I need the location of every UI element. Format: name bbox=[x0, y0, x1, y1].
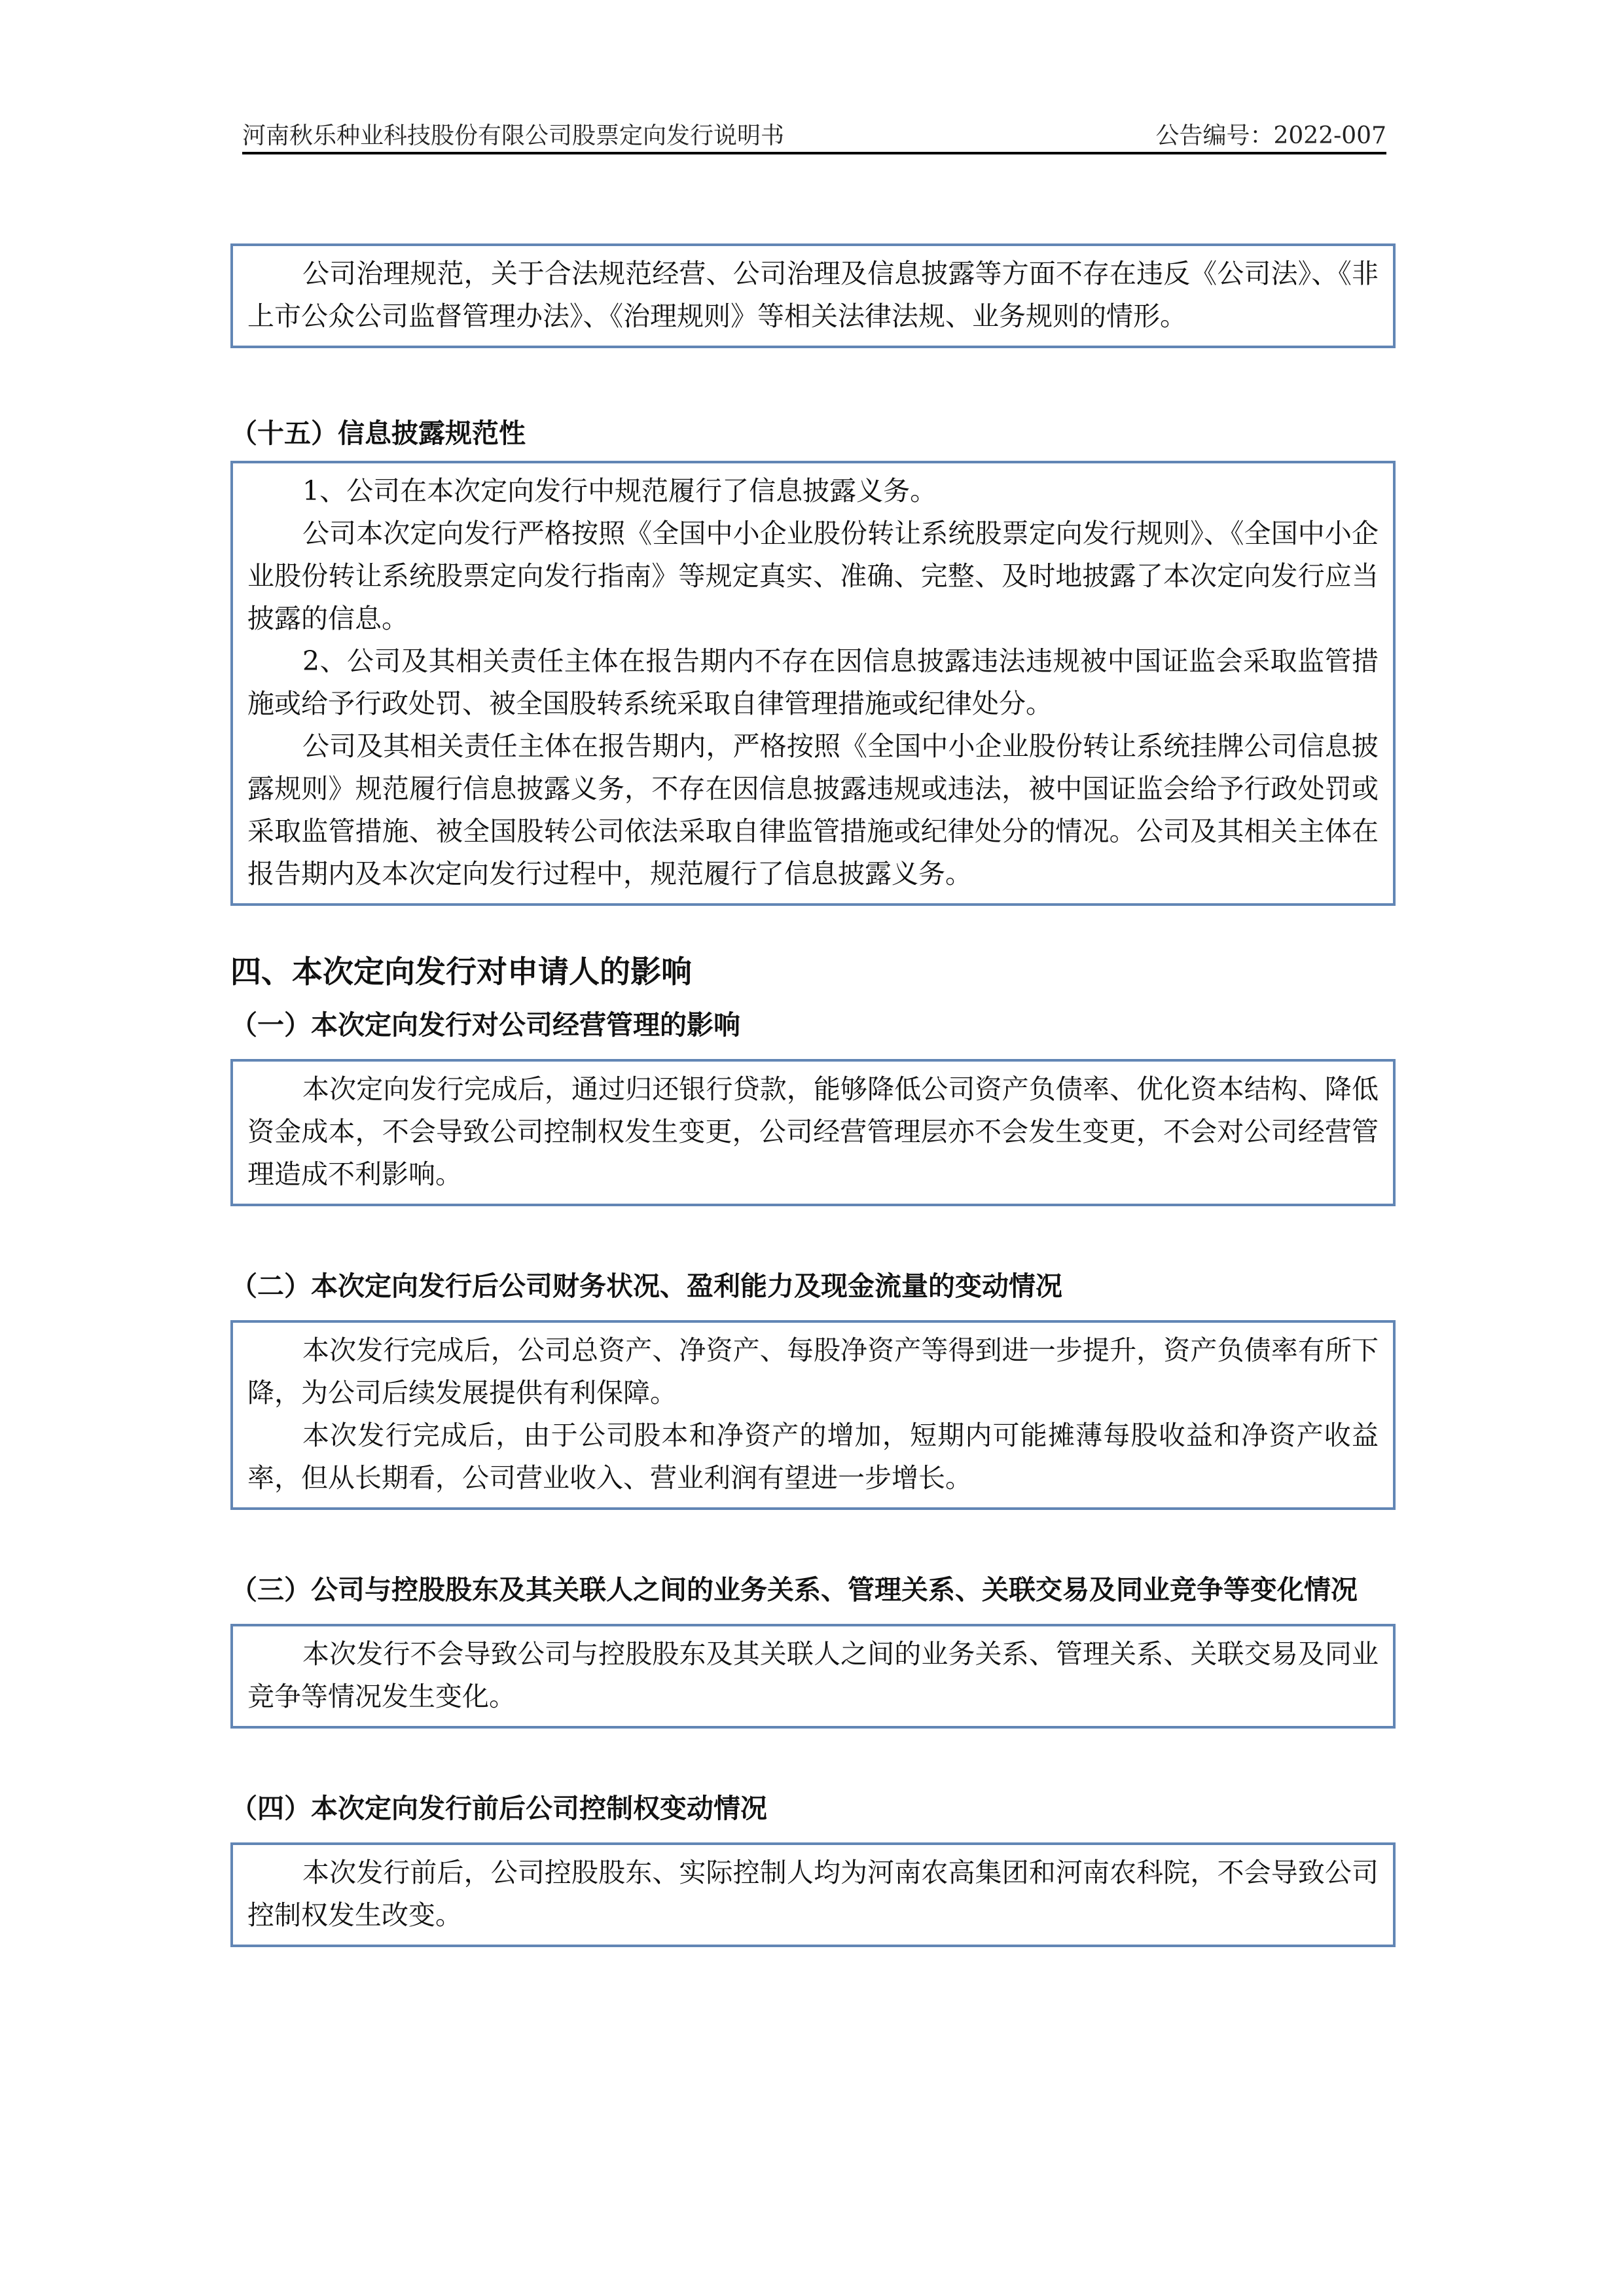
paragraph: 公司本次定向发行严格按照《全国中小企业股份转让系统股票定向发行规则》、《全国中小… bbox=[247, 512, 1379, 640]
section-heading-control: （四）本次定向发行前后公司控制权变动情况 bbox=[230, 1789, 1396, 1828]
paragraph: 公司治理规范，关于合法规范经营、公司治理及信息披露等方面不存在违反《公司法》、《… bbox=[247, 253, 1379, 338]
chapter-heading-impact: 四、本次定向发行对申请人的影响 bbox=[230, 952, 1396, 994]
announcement-number: 公告编号：2022-007 bbox=[1156, 117, 1387, 151]
header-divider bbox=[242, 152, 1386, 154]
paragraph: 1、公司在本次定向发行中规范履行了信息披露义务。 bbox=[247, 470, 1379, 512]
paragraph: 本次发行不会导致公司与控股股东及其关联人之间的业务关系、管理关系、关联交易及同业… bbox=[247, 1633, 1379, 1718]
page-header: 河南秋乐种业科技股份有限公司股票定向发行说明书 公告编号：2022-007 bbox=[242, 111, 1386, 151]
document-title: 河南秋乐种业科技股份有限公司股票定向发行说明书 bbox=[242, 117, 784, 151]
financial-impact-box: 本次发行完成后，公司总资产、净资产、每股净资产等得到进一步提升，资产负债率有所下… bbox=[230, 1320, 1396, 1510]
control-change-box: 本次发行前后，公司控股股东、实际控制人均为河南农高集团和河南农科院，不会导致公司… bbox=[230, 1842, 1396, 1947]
disclosure-box: 1、公司在本次定向发行中规范履行了信息披露义务。 公司本次定向发行严格按照《全国… bbox=[230, 461, 1396, 906]
paragraph: 本次发行完成后，公司总资产、净资产、每股净资产等得到进一步提升，资产负债率有所下… bbox=[247, 1329, 1379, 1414]
section-heading-management: （一）本次定向发行对公司经营管理的影响 bbox=[230, 1005, 1396, 1045]
governance-box: 公司治理规范，关于合法规范经营、公司治理及信息披露等方面不存在违反《公司法》、《… bbox=[230, 243, 1396, 348]
paragraph: 2、公司及其相关责任主体在报告期内不存在因信息披露违法违规被中国证监会采取监管措… bbox=[247, 640, 1379, 725]
section-heading-financial: （二）本次定向发行后公司财务状况、盈利能力及现金流量的变动情况 bbox=[230, 1266, 1396, 1306]
paragraph: 本次发行前后，公司控股股东、实际控制人均为河南农高集团和河南农科院，不会导致公司… bbox=[247, 1852, 1379, 1937]
management-impact-box: 本次定向发行完成后，通过归还银行贷款，能够降低公司资产负债率、优化资本结构、降低… bbox=[230, 1059, 1396, 1206]
relations-impact-box: 本次发行不会导致公司与控股股东及其关联人之间的业务关系、管理关系、关联交易及同业… bbox=[230, 1624, 1396, 1729]
paragraph: 本次定向发行完成后，通过归还银行贷款，能够降低公司资产负债率、优化资本结构、降低… bbox=[247, 1068, 1379, 1196]
section-heading-relations: （三）公司与控股股东及其关联人之间的业务关系、管理关系、关联交易及同业竞争等变化… bbox=[230, 1570, 1396, 1609]
paragraph: 本次发行完成后，由于公司股本和净资产的增加，短期内可能摊薄每股收益和净资产收益率… bbox=[247, 1414, 1379, 1499]
page-content: 公司治理规范，关于合法规范经营、公司治理及信息披露等方面不存在违反《公司法》、《… bbox=[230, 243, 1396, 1947]
section-heading-disclosure: （十五）信息披露规范性 bbox=[230, 414, 1396, 453]
paragraph: 公司及其相关责任主体在报告期内，严格按照《全国中小企业股份转让系统挂牌公司信息披… bbox=[247, 725, 1379, 895]
